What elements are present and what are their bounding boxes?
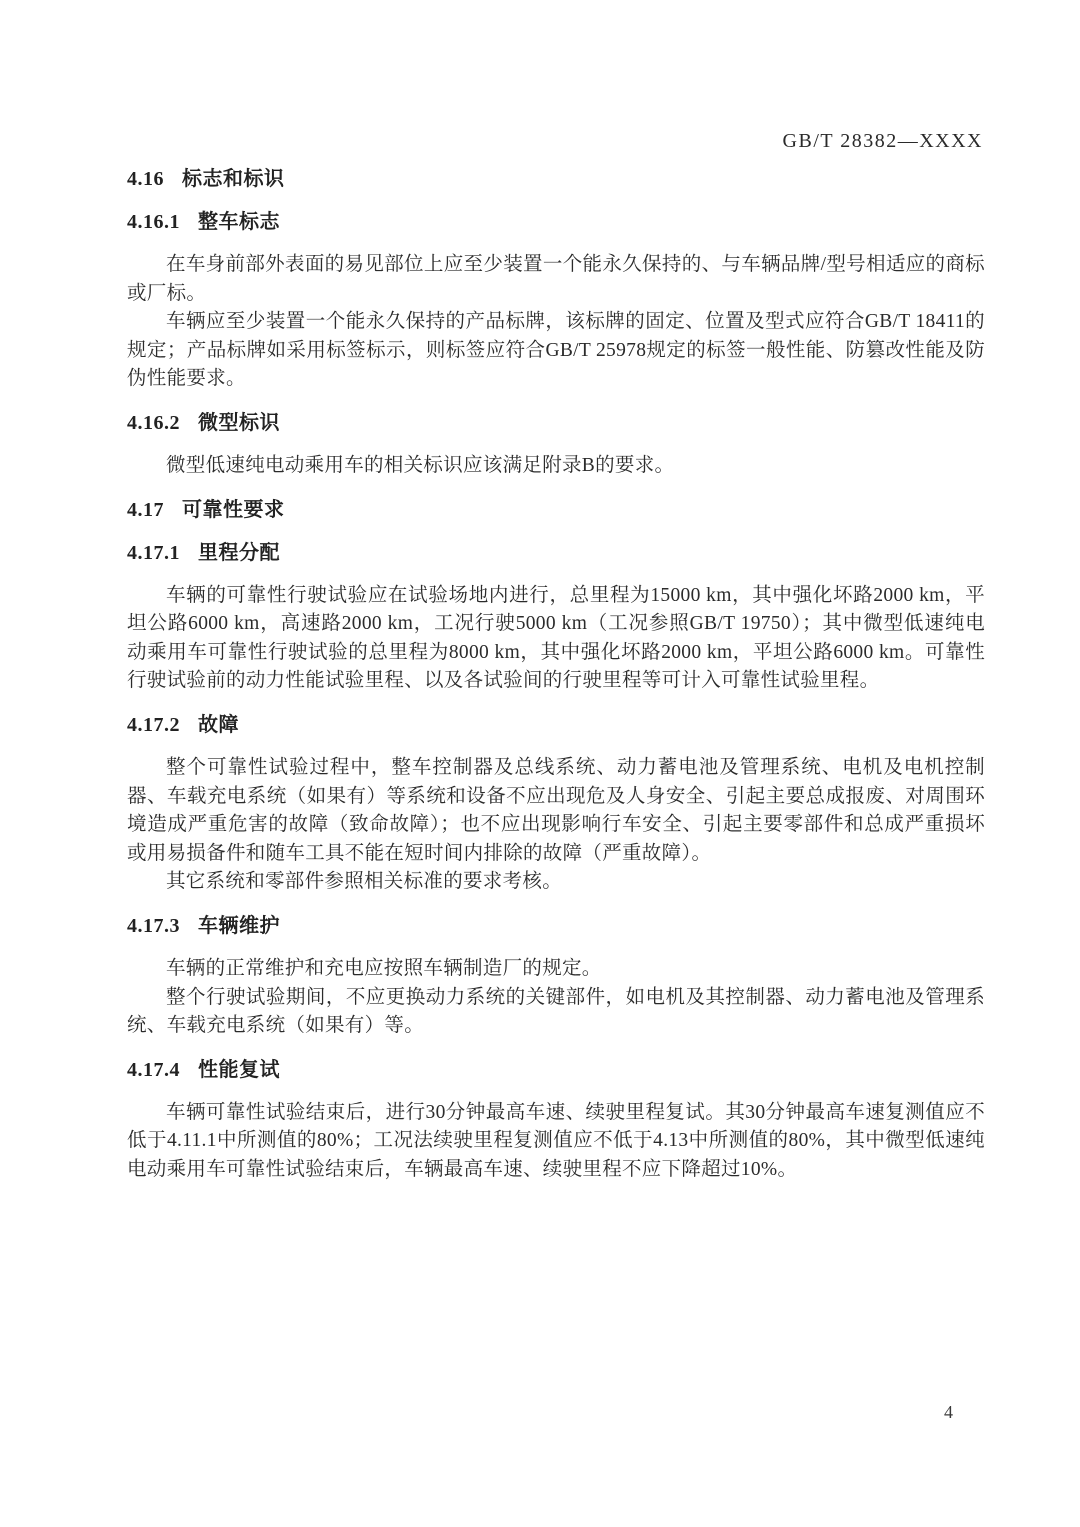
section-title: 性能复试 [198,1059,280,1081]
paragraph-no-replacement: 整个行驶试验期间，不应更换动力系统的关键部件，如电机及其控制器、动力蓄电池及管理… [127,984,985,1041]
section-number: 4.17.1 [127,542,180,564]
section-title: 车辆维护 [198,915,280,937]
paragraph-nameplate: 车辆应至少装置一个能永久保持的产品标牌，该标牌的固定、位置及型式应符合GB/T … [127,308,985,394]
section-title: 故障 [198,714,239,736]
section-heading-4-17-4: 4.17.4性能复试 [127,1056,985,1084]
section-number: 4.16.2 [127,412,180,434]
section-title: 微型标识 [198,412,280,434]
section-number: 4.17 [127,499,164,521]
section-number: 4.16.1 [127,211,180,233]
document-page: GB/T 28382—XXXX 4.16标志和标识 4.16.1整车标志 在车身… [0,0,1080,1527]
section-number: 4.17.3 [127,915,180,937]
page-number: 4 [944,1402,953,1423]
section-number: 4.17.2 [127,714,180,736]
section-number: 4.17.4 [127,1059,180,1081]
section-heading-4-16: 4.16标志和标识 [127,165,985,193]
paragraph-mileage-allocation: 车辆的可靠性行驶试验应在试验场地内进行，总里程为15000 km，其中强化坏路2… [127,582,985,696]
paragraph-micro-marking: 微型低速纯电动乘用车的相关标识应该满足附录B的要求。 [127,452,985,481]
section-title: 标志和标识 [182,168,285,190]
paragraph-performance-retest: 车辆可靠性试验结束后，进行30分钟最高车速、续驶里程复试。其30分钟最高车速复测… [127,1099,985,1185]
section-title: 可靠性要求 [182,499,285,521]
section-title: 里程分配 [198,542,280,564]
section-heading-4-17-3: 4.17.3车辆维护 [127,912,985,940]
section-heading-4-16-1: 4.16.1整车标志 [127,208,985,236]
document-body: 4.16标志和标识 4.16.1整车标志 在车身前部外表面的易见部位上应至少装置… [127,150,985,1184]
paragraph-trademark: 在车身前部外表面的易见部位上应至少装置一个能永久保持的、与车辆品牌/型号相适应的… [127,251,985,308]
paragraph-other-systems: 其它系统和零部件参照相关标准的要求考核。 [127,868,985,897]
section-heading-4-17-2: 4.17.2故障 [127,711,985,739]
section-title: 整车标志 [198,211,280,233]
section-heading-4-17: 4.17可靠性要求 [127,496,985,524]
section-heading-4-17-1: 4.17.1里程分配 [127,539,985,567]
section-number: 4.16 [127,168,164,190]
paragraph-maintenance: 车辆的正常维护和充电应按照车辆制造厂的规定。 [127,955,985,984]
section-heading-4-16-2: 4.16.2微型标识 [127,409,985,437]
paragraph-faults: 整个可靠性试验过程中，整车控制器及总线系统、动力蓄电池及管理系统、电机及电机控制… [127,754,985,868]
